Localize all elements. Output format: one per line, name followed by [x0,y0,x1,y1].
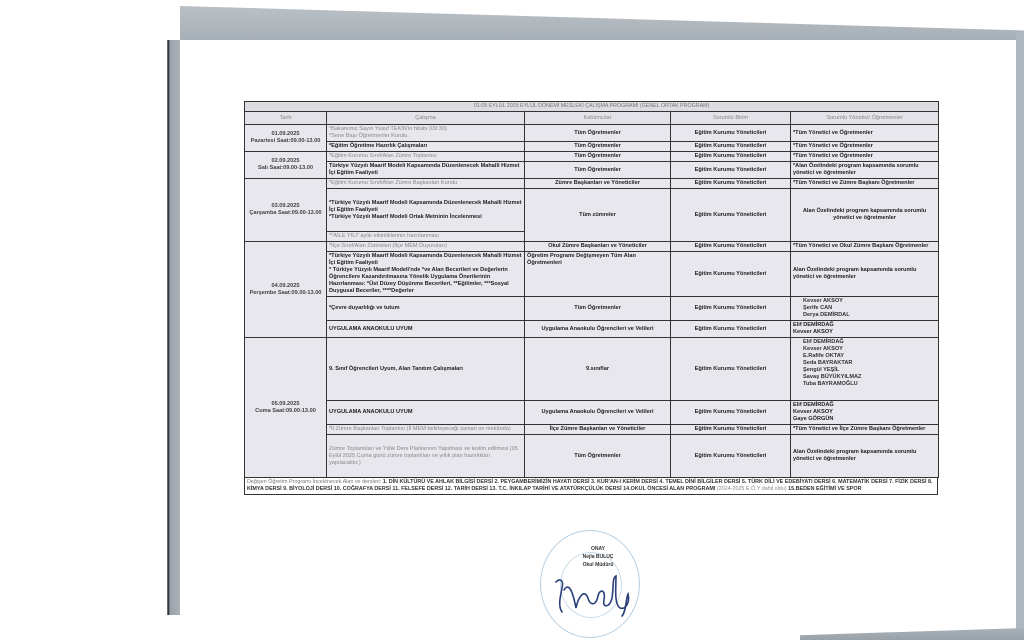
activity-line: * Türkiye Yüzyılı Maarif Modeli'nde *ve … [329,267,522,295]
activity-cell: *Türkiye Yüzyılı Maarif Modeli Kapsamınd… [327,252,525,297]
participants-cell: Tüm Öğretmenler [525,435,671,478]
responsible-cell: *Tüm Yönetici ve Öğretmenler [791,152,939,162]
day-time-text: Salı Saat:09.00-13.00 [247,165,324,172]
unit-cell: Eğitim Kurumu Yöneticileri [671,189,791,242]
participants-cell: Tüm Öğretmenler [525,142,671,152]
day-date-cell: 01.09.2025Pazartesi Saat:09.00-13.00 [245,125,327,152]
responsible-name: *Tüm Yönetici ve Öğretmenler [793,143,936,150]
col-participants: Katılımcılar [525,112,671,125]
day-date-cell: 05.09.2025Cuma Saat:09.00-13.00 [245,338,327,478]
date-text: 04.09.2025 [247,283,324,290]
approval-block: ONAY Nejla BULUÇ Okul Müdürü [548,545,648,569]
activity-line: *İlçe Sınıf/Alan Zümreleri (İlçe MEM Duy… [329,243,522,250]
responsible-name: Kevser AKSOY [793,409,936,416]
participants-cell: 9.sınıflar [525,338,671,401]
date-text: 01.09.2025 [247,131,324,138]
responsible-name: E.Rafife OKTAY [803,353,936,360]
activity-line: *Türkiye Yüzyılı Maarif Modeli Kapsamınd… [329,200,522,214]
scan-edge-bottom [800,628,1024,640]
responsible-name: *Tüm Yönetici ve Zümre Başkanı Öğretmenl… [793,180,936,187]
responsible-name: Seda BAYRAKTAR [803,360,936,367]
activity-cell: Türkiye Yüzyılı Maarif Modeli Kapsamında… [327,162,525,179]
table-row: 03.09.2025Çarşamba Saat:09.00-13.00*Eğit… [245,179,939,189]
footer-lead: Değişen Öğretim Programı İncelenecek Ala… [247,479,381,485]
unit-cell: Eğitim Kurumu Yöneticileri [671,125,791,142]
scanned-page: 01-05 EYLÜL 2025 EYLÜL DÖNEMİ MESLEKİ ÇA… [0,0,1024,642]
table-row: Zümre Toplantıları ve Yıllık Ders Planla… [245,435,939,478]
footer-tail: 15.BEDEN EĞİTİMİ VE SPOR [788,486,861,492]
responsible-name: Kevser AKSOY [803,298,936,305]
day-date-cell: 04.09.2025Perşembe Saat:09.00-13.00 [245,242,327,338]
participants-cell: Zümre Başkanları ve Yöneticiler [525,179,671,189]
unit-cell: Eğitim Kurumu Yöneticileri [671,162,791,179]
activity-line: *Bakanımız Sayın Yusuf TEKİN'in hitabı (… [329,126,522,133]
activity-line: *Eğitim Kurumu Sınıf/Alan Zümre Toplantı… [329,153,522,160]
activity-line: *Eğitim Öğretime Hazırlık Çalışmaları [329,143,522,150]
table-row: *Eğitim Öğretime Hazırlık ÇalışmalarıTüm… [245,142,939,152]
participants-cell: Uygulama Anaokulu Öğrencileri ve Veliler… [525,401,671,425]
unit-cell: Eğitim Kurumu Yöneticileri [671,425,791,435]
col-responsible: Sorumlu Yönetici/ Öğretmenler [791,112,939,125]
day-time-text: Perşembe Saat:09.00-13.00 [247,290,324,297]
table-row: *Çevre duyarlılığı ve tutumTüm Öğretmenl… [245,297,939,321]
participants-cell: İlçe Zümre Başkanları ve Yöneticiler [525,425,671,435]
activity-line: Zümre Toplantıları ve Yıllık Ders Planla… [329,446,522,467]
activity-line: UYGULAMA ANAOKULU UYUM [329,326,522,333]
scan-edge-top [180,6,1024,40]
col-unit: Sorumlu Birim [671,112,791,125]
responsible-name: Elif DEMİRDAĞ [803,339,936,346]
responsible-cell: *Tüm Yönetici ve İlçe Zümre Başkanı Öğre… [791,425,939,435]
col-activity: Çalışma [327,112,525,125]
responsible-cell: Alan Özelindeki program kapsamında sorum… [791,435,939,478]
responsible-cell: Elif DEMİRDAĞKevser AKSOYE.Rafife OKTAYS… [791,338,939,401]
approval-label: ONAY [548,545,648,553]
document-title: 01-05 EYLÜL 2025 EYLÜL DÖNEMİ MESLEKİ ÇA… [245,102,939,112]
responsible-cell: Elif DEMİRDAĞKevser AKSOYGaye GÖRGÜN [791,401,939,425]
col-date: Tarih [245,112,327,125]
participants-cell: Tüm zümreler [525,189,671,242]
responsible-name: Tuba BAYRAMOĞLU [803,381,936,388]
unit-cell: Eğitim Kurumu Yöneticileri [671,152,791,162]
program-document: 01-05 EYLÜL 2025 EYLÜL DÖNEMİ MESLEKİ ÇA… [244,101,938,495]
activity-cell: UYGULAMA ANAOKULU UYUM [327,321,525,338]
footer-year-note: (2024-2025 E.Ö.Y dahil oldu) [717,486,787,492]
header-row: Tarih Çalışma Katılımcılar Sorumlu Birim… [245,112,939,125]
unit-cell: Eğitim Kurumu Yöneticileri [671,435,791,478]
activity-cell: *İlçe Sınıf/Alan Zümreleri (İlçe MEM Duy… [327,242,525,252]
date-text: 02.09.2025 [247,158,324,165]
participants-cell: Öğretim Programı Değişmeyen Tüm Alan Öğr… [525,252,671,297]
scan-edge-left [158,40,180,615]
unit-cell: Eğitim Kurumu Yöneticileri [671,338,791,401]
activity-line: 9. Sınıf Öğrencileri Uyum, Alan Tanıtım … [329,366,522,373]
table-row: 05.09.2025Cuma Saat:09.00-13.009. Sınıf … [245,338,939,401]
schedule-body: 01.09.2025Pazartesi Saat:09.00-13.00*Bak… [245,125,939,478]
activity-cell: *Eğitim Öğretime Hazırlık Çalışmaları [327,142,525,152]
activity-line: *Türkiye Yüzyılı Maarif Modeli Kapsamınd… [329,253,522,267]
responsible-cell: Elif DEMİRDAĞKevser AKSOY [791,321,939,338]
responsible-name: *Tüm Yönetici ve Okul Zümre Başkanı Öğre… [793,243,936,250]
responsible-name: Elif DEMİRDAĞ [793,322,936,329]
day-time-text: Cuma Saat:09.00-13.00 [247,408,324,415]
table-row: *Türkiye Yüzyılı Maarif Modeli Kapsamınd… [245,189,939,232]
responsible-cell: Alan Özelindeki program kapsamında sorum… [791,252,939,297]
schedule-table: 01-05 EYLÜL 2025 EYLÜL DÖNEMİ MESLEKİ ÇA… [244,101,939,478]
activity-cell: *Bakanımız Sayın Yusuf TEKİN'in hitabı (… [327,125,525,142]
day-date-cell: 02.09.2025Salı Saat:09.00-13.00 [245,152,327,179]
signer-name: Nejla BULUÇ [548,553,648,561]
responsible-name: Elif DEMİRDAĞ [793,402,936,409]
unit-cell: Eğitim Kurumu Yöneticileri [671,401,791,425]
unit-cell: Eğitim Kurumu Yöneticileri [671,242,791,252]
table-row: *İl Zümre Başkanları Toplantısı (İl MEM … [245,425,939,435]
responsible-name: Alan Özelindeki program kapsamında sorum… [793,267,936,281]
responsible-name: Şerife CAN [803,305,936,312]
activity-line: *Türkiye Yüzyılı Maarif Modeli Ortak Met… [329,214,522,221]
activity-line: Türkiye Yüzyılı Maarif Modeli Kapsamında… [329,163,522,177]
activity-line: **AİLE YILI" aylık etkinliklerinin hazır… [329,233,522,240]
participants-cell: Uygulama Anaokulu Öğrencileri ve Veliler… [525,321,671,338]
unit-cell: Eğitim Kurumu Yöneticileri [671,179,791,189]
activity-cell: *Eğitim Kurumu Sınıf/Alan Zümre Başkanla… [327,179,525,189]
activity-cell: **AİLE YILI" aylık etkinliklerinin hazır… [327,232,525,242]
table-row: 02.09.2025Salı Saat:09.00-13.00*Eğitim K… [245,152,939,162]
activity-line: *Eğitim Kurumu Sınıf/Alan Zümre Başkanla… [329,180,522,187]
table-row: UYGULAMA ANAOKULU UYUMUygulama Anaokulu … [245,401,939,425]
table-row: *Türkiye Yüzyılı Maarif Modeli Kapsamınd… [245,252,939,297]
table-row: 04.09.2025Perşembe Saat:09.00-13.00*İlçe… [245,242,939,252]
responsible-name: *Tüm Yönetici ve Öğretmenler [793,153,936,160]
responsible-name: Kevser AKSOY [793,329,936,336]
responsible-cell: Kevser AKSOYŞerife CANDerya DEMİRDAL [791,297,939,321]
responsible-name: Şengül YEŞİL [803,367,936,374]
activity-cell: *Çevre duyarlılığı ve tutum [327,297,525,321]
responsible-name: Gaye GÖRGÜN [793,416,936,423]
activity-cell: *İl Zümre Başkanları Toplantısı (İl MEM … [327,425,525,435]
participants-cell: Tüm Öğretmenler [525,162,671,179]
activity-line: UYGULAMA ANAOKULU UYUM [329,409,522,416]
activity-cell: Zümre Toplantıları ve Yıllık Ders Planla… [327,435,525,478]
scan-edge-right [1016,32,1024,640]
responsible-name: *Tüm Yönetici ve İlçe Zümre Başkanı Öğre… [793,426,936,433]
responsible-name: Alan Özelindeki program kapsamında sorum… [793,208,936,222]
unit-cell: Eğitim Kurumu Yöneticileri [671,142,791,152]
responsible-name: *Alan Özelindeki program kapsamında soru… [793,163,936,177]
responsible-name: Kevser AKSOY [803,346,936,353]
responsible-name: Derya DEMİRDAL [803,312,936,319]
activity-line: *İl Zümre Başkanları Toplantısı (İl MEM … [329,426,522,433]
responsible-cell: *Alan Özelindeki program kapsamında soru… [791,162,939,179]
table-row: Türkiye Yüzyılı Maarif Modeli Kapsamında… [245,162,939,179]
responsible-cell: *Tüm Yönetici ve Okul Zümre Başkanı Öğre… [791,242,939,252]
date-text: 03.09.2025 [247,203,324,210]
responsible-cell: *Tüm Yönetici ve Öğretmenler [791,125,939,142]
activity-line: *Çevre duyarlılığı ve tutum [329,305,522,312]
unit-cell: Eğitim Kurumu Yöneticileri [671,321,791,338]
footer-note: Değişen Öğretim Programı İncelenecek Ala… [244,478,938,495]
responsible-cell: *Tüm Yönetici ve Zümre Başkanı Öğretmenl… [791,179,939,189]
activity-cell: *Eğitim Kurumu Sınıf/Alan Zümre Toplantı… [327,152,525,162]
day-date-cell: 03.09.2025Çarşamba Saat:09.00-13.00 [245,179,327,242]
table-row: UYGULAMA ANAOKULU UYUMUygulama Anaokulu … [245,321,939,338]
unit-cell: Eğitim Kurumu Yöneticileri [671,297,791,321]
participants-cell: Tüm Öğretmenler [525,297,671,321]
responsible-name: *Tüm Yönetici ve Öğretmenler [793,130,936,137]
responsible-name: Savaş BÜYÜKYILMAZ [803,374,936,381]
activity-line: *Sene Başı Öğretmenler Kurulu. [329,133,522,140]
activity-cell: 9. Sınıf Öğrencileri Uyum, Alan Tanıtım … [327,338,525,401]
day-time-text: Çarşamba Saat:09.00-13.00 [247,210,324,217]
activity-cell: UYGULAMA ANAOKULU UYUM [327,401,525,425]
handwritten-signature [550,568,640,618]
participants-cell: Okul Zümre Başkanları ve Yöneticiler [525,242,671,252]
responsible-name: Alan Özelindeki program kapsamında sorum… [793,449,936,463]
participants-cell: Tüm Öğretmenler [525,152,671,162]
responsible-cell: *Tüm Yönetici ve Öğretmenler [791,142,939,152]
date-text: 05.09.2025 [247,401,324,408]
activity-cell: *Türkiye Yüzyılı Maarif Modeli Kapsamınd… [327,189,525,232]
participants-cell: Tüm Öğretmenler [525,125,671,142]
day-time-text: Pazartesi Saat:09.00-13.00 [247,138,324,145]
table-row: 01.09.2025Pazartesi Saat:09.00-13.00*Bak… [245,125,939,142]
responsible-cell: Alan Özelindeki program kapsamında sorum… [791,189,939,242]
unit-cell: Eğitim Kurumu Yöneticileri [671,252,791,297]
